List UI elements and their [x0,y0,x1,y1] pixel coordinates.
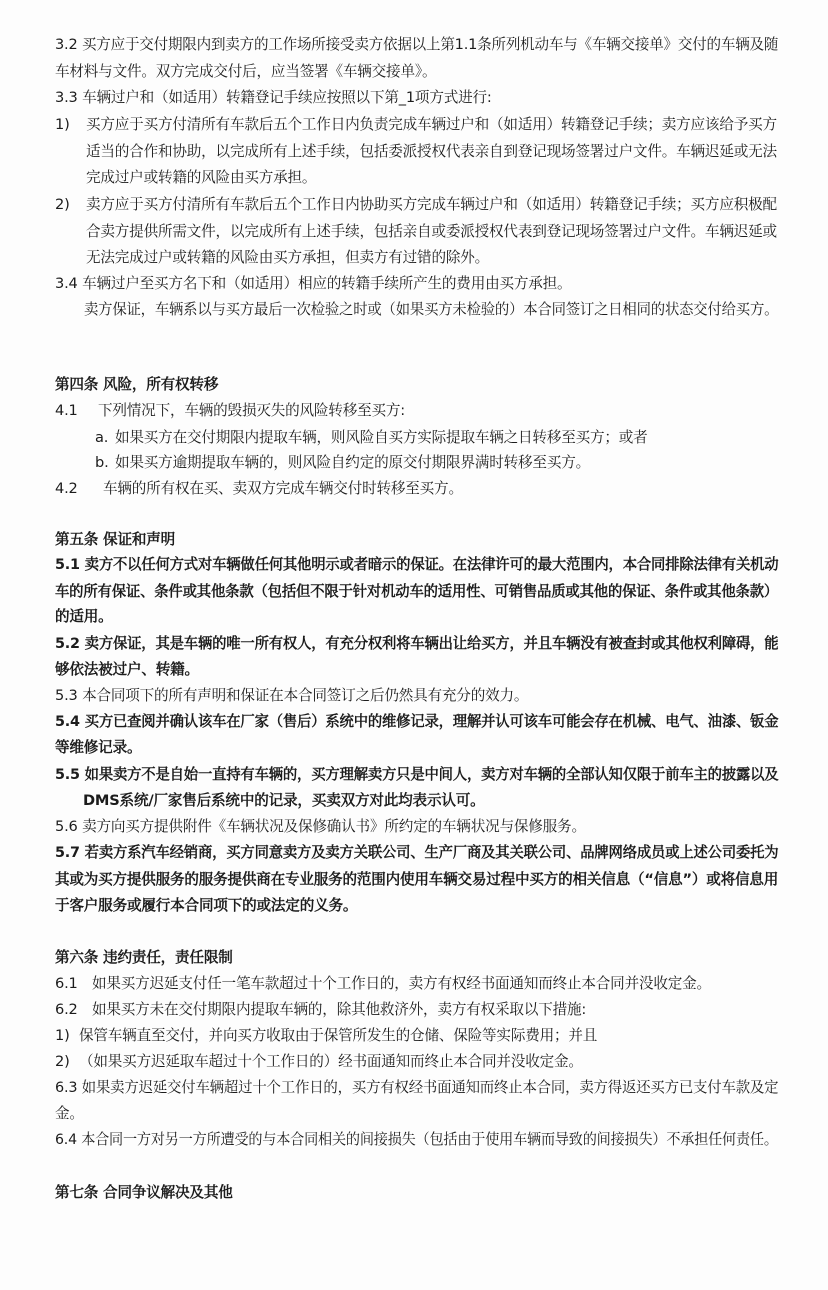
clause-text: 买方应于交付期限内到卖方的工作场所接受卖方依据以上第1.1条所列机动车与《车辆交… [82,36,778,53]
clause-3-4-line-2: 卖方保证，车辆系以与买方最后一次检验之时或（如果买方未检验的）本合同签订之日相同… [84,300,778,320]
clause-3-2-line-2: 车材料与文件。双方完成交付后，应当签署《车辆交接单》。 [55,62,436,82]
list-number: 1) [55,1026,79,1046]
clause-text: 项方式进行: [415,89,492,106]
clause-4-1: 4.1下列情况下，车辆的毁损灭失的风险转移至买方: [55,401,405,421]
clause-5-5-line-2: DMS系统/厂家售后系统中的记录，买卖双方对此均表示认可。 [83,791,485,811]
option-1-line-1: 1)买方应于买方付清所有车款后五个工作日内负责完成车辆过户和（如适用）转籍登记手… [55,115,777,135]
option-number-field: _1 [399,89,415,106]
clause-number: 6.3 [55,1079,77,1096]
clause-text: 如果买方未在交付期限内提取车辆的，除其他救济外，卖方有权采取以下措施: [92,1001,586,1018]
section-7-heading: 第七条 合同争议解决及其他 [55,1183,233,1203]
clause-text: 够依法被过户、转籍。 [55,661,199,678]
clause-text: 下列情况下，车辆的毁损灭失的风险转移至买方: [98,402,405,419]
clause-5-7-line-3: 于客户服务或履行本合同项下的或法定的义务。 [55,896,357,916]
list-text: 保管车辆直至交付，并向买方收取由于保管所发生的仓储、保险等实际费用；并且 [79,1027,597,1044]
clause-3-2-line-1: 3.2 买方应于交付期限内到卖方的工作场所接受卖方依据以上第1.1条所列机动车与… [55,35,778,55]
option-2-line-1: 2)卖方应于买方付清所有车款后五个工作日内协助买方完成车辆过户和（如适用）转籍登… [55,195,777,215]
list-text: 卖方应于买方付清所有车款后五个工作日内协助买方完成车辆过户和（如适用）转籍登记手… [86,196,777,213]
list-text: 适当的合作和协助，以完成所有上述手续，包括委派授权代表亲自到登记现场签署过户文件… [86,143,777,160]
list-number: 2) [55,195,86,215]
clause-4-1-a: a.如果买方在交付期限内提取车辆，则风险自买方实际提取车辆之日转移至买方；或者 [95,428,648,448]
option-1-line-2: 适当的合作和协助，以完成所有上述手续，包括委派授权代表亲自到登记现场签署过户文件… [86,142,777,162]
clause-text: DMS系统/厂家售后系统中的记录，买卖双方对此均表示认可。 [83,792,485,809]
clause-6-2: 6.2如果买方未在交付期限内提取车辆的，除其他救济外，卖方有权采取以下措施: [55,1000,586,1020]
clause-5-4-line-1: 5.4 买方已查阅并确认该车在厂家（售后）系统中的维修记录，理解并认可该车可能会… [55,712,778,732]
clause-text: 若卖方系汽车经销商，买方同意卖方及卖方关联公司、生产厂商及其关联公司、品牌网络成… [85,844,779,861]
clause-text: 卖方向买方提供附件《车辆状况及保修确认书》所约定的车辆状况与保修服务。 [82,818,586,835]
option-2-line-3: 无法完成过户或转籍的风险由买方承担，但卖方有过错的除外。 [86,248,489,268]
section-4-heading: 第四条 风险，所有权转移 [55,375,218,395]
clause-number: 3.3 [55,89,78,106]
clause-number: 5.7 [55,844,80,861]
clause-5-4-line-2: 等维修记录。 [55,738,141,758]
list-text: （如果买方迟延取车超过十个工作日的）经书面通知而终止本合同并没收定金。 [79,1053,583,1070]
clause-5-1-line-1: 5.1 卖方不以任何方式对车辆做任何其他明示或者暗示的保证。在法律许可的最大范围… [55,555,778,575]
list-text: 如果买方在交付期限内提取车辆，则风险自买方实际提取车辆之日转移至买方；或者 [115,429,648,446]
clause-number: 5.4 [55,713,80,730]
clause-text: 车辆过户和（如适用）转籍登记手续应按照以下第 [82,89,399,106]
clause-text: 等维修记录。 [55,739,141,756]
clause-6-2-measure-1: 1)保管车辆直至交付，并向买方收取由于保管所发生的仓储、保险等实际费用；并且 [55,1026,597,1046]
clause-text: 的适用。 [55,608,113,625]
section-6-heading: 第六条 违约责任，责任限制 [55,948,233,968]
clause-6-3-line-1: 6.3 如果卖方迟延交付车辆超过十个工作日的，买方有权经书面通知而终止本合同，卖… [55,1078,778,1098]
list-label: b. [95,453,115,473]
clause-text: 如果卖方迟延交付车辆超过十个工作日的，买方有权经书面通知而终止本合同，卖方得返还… [82,1079,779,1096]
clause-text: 卖方保证，其是车辆的唯一所有权人，有充分权利将车辆出让给买方，并且车辆没有被查封… [85,635,779,652]
clause-text: 如果买方迟延支付任一笔车款超过十个工作日的，卖方有权经书面通知而终止本合同并没收… [92,975,711,992]
clause-5-3: 5.3 本合同项下的所有声明和保证在本合同签订之后仍然具有充分的效力。 [55,686,528,706]
clause-text: 车的所有保证、条件或其他条款（包括但不限于针对机动车的适用性、可销售品质或其他的… [55,583,778,600]
clause-5-5-line-1: 5.5 如果卖方不是自始一直持有车辆的，买方理解卖方只是中间人，卖方对车辆的全部… [55,765,778,785]
clause-text: 本合同一方对另一方所遭受的与本合同相关的间接损失（包括由于使用车辆而导致的间接损… [81,1131,778,1148]
list-number: 1) [55,115,86,135]
list-text: 如果买方逾期提取车辆的，则风险自约定的原交付期限界满时转移至买方。 [115,454,590,471]
clause-text: 车材料与文件。双方完成交付后，应当签署《车辆交接单》。 [55,63,436,80]
clause-number: 6.1 [55,974,92,994]
clause-text: 买方已查阅并确认该车在厂家（售后）系统中的维修记录，理解并认可该车可能会存在机械… [85,713,779,730]
clause-number: 5.2 [55,635,80,652]
clause-number: 5.6 [55,818,78,835]
clause-number: 5.5 [55,766,80,783]
clause-4-1-b: b.如果买方逾期提取车辆的，则风险自约定的原交付期限界满时转移至买方。 [95,453,590,473]
clause-text: 车辆的所有权在买、卖双方完成车辆交付时转移至买方。 [103,480,463,497]
clause-number: 3.2 [55,36,78,53]
clause-6-4: 6.4 本合同一方对另一方所遭受的与本合同相关的间接损失（包括由于使用车辆而导致… [55,1130,778,1150]
clause-number: 4.2 [55,479,103,499]
clause-text: 卖方不以任何方式对车辆做任何其他明示或者暗示的保证。在法律许可的最大范围内，本合… [85,556,779,573]
list-text: 买方应于买方付清所有车款后五个工作日内负责完成车辆过户和（如适用）转籍登记手续；… [86,116,777,133]
contract-page: 3.2 买方应于交付期限内到卖方的工作场所接受卖方依据以上第1.1条所列机动车与… [0,0,828,1290]
clause-5-1-line-3: 的适用。 [55,607,113,627]
clause-text: 本合同项下的所有声明和保证在本合同签订之后仍然具有充分的效力。 [82,687,528,704]
clause-3-3: 3.3 车辆过户和（如适用）转籍登记手续应按照以下第_1项方式进行: [55,88,492,108]
clause-number: 6.4 [55,1131,77,1148]
clause-5-6: 5.6 卖方向买方提供附件《车辆状况及保修确认书》所约定的车辆状况与保修服务。 [55,817,586,837]
clause-text: 如果卖方不是自始一直持有车辆的，买方理解卖方只是中间人，卖方对车辆的全部认知仅限… [85,766,779,783]
clause-number: 5.3 [55,687,78,704]
clause-text: 车辆过户至买方名下和（如适用）相应的转籍手续所产生的费用由买方承担。 [82,275,571,292]
clause-5-7-line-1: 5.7 若卖方系汽车经销商，买方同意卖方及卖方关联公司、生产厂商及其关联公司、品… [55,843,778,863]
option-1-line-3: 完成过户或转籍的风险由买方承担。 [86,168,316,188]
list-text: 完成过户或转籍的风险由买方承担。 [86,169,316,186]
clause-4-2: 4.2车辆的所有权在买、卖双方完成车辆交付时转移至买方。 [55,479,463,499]
clause-text: 于客户服务或履行本合同项下的或法定的义务。 [55,897,357,914]
list-text: 合卖方提供所需文件，以完成所有上述手续，包括亲自或委派授权代表到登记现场签署过户… [86,223,777,240]
clause-6-3-line-2: 金。 [55,1104,84,1124]
clause-text: 其或为买方提供服务的服务提供商在专业服务的范围内使用车辆交易过程中买方的相关信息… [55,871,778,888]
clause-number: 5.1 [55,556,80,573]
list-text: 无法完成过户或转籍的风险由买方承担，但卖方有过错的除外。 [86,249,489,266]
clause-5-2-line-1: 5.2 卖方保证，其是车辆的唯一所有权人，有充分权利将车辆出让给买方，并且车辆没… [55,634,778,654]
section-5-heading: 第五条 保证和声明 [55,530,175,550]
clause-text: 金。 [55,1105,84,1122]
clause-text: 卖方保证，车辆系以与买方最后一次检验之时或（如果买方未检验的）本合同签订之日相同… [84,301,778,318]
clause-3-4-line-1: 3.4 车辆过户至买方名下和（如适用）相应的转籍手续所产生的费用由买方承担。 [55,274,571,294]
clause-6-2-measure-2: 2)（如果买方迟延取车超过十个工作日的）经书面通知而终止本合同并没收定金。 [55,1052,583,1072]
clause-number: 4.1 [55,401,98,421]
clause-number: 3.4 [55,275,78,292]
list-label: a. [95,428,115,448]
list-number: 2) [55,1052,79,1072]
option-2-line-2: 合卖方提供所需文件，以完成所有上述手续，包括亲自或委派授权代表到登记现场签署过户… [86,222,777,242]
clause-6-1: 6.1如果买方迟延支付任一笔车款超过十个工作日的，卖方有权经书面通知而终止本合同… [55,974,711,994]
clause-5-1-line-2: 车的所有保证、条件或其他条款（包括但不限于针对机动车的适用性、可销售品质或其他的… [55,582,778,602]
clause-5-2-line-2: 够依法被过户、转籍。 [55,660,199,680]
clause-5-7-line-2: 其或为买方提供服务的服务提供商在专业服务的范围内使用车辆交易过程中买方的相关信息… [55,870,778,890]
clause-number: 6.2 [55,1000,92,1020]
